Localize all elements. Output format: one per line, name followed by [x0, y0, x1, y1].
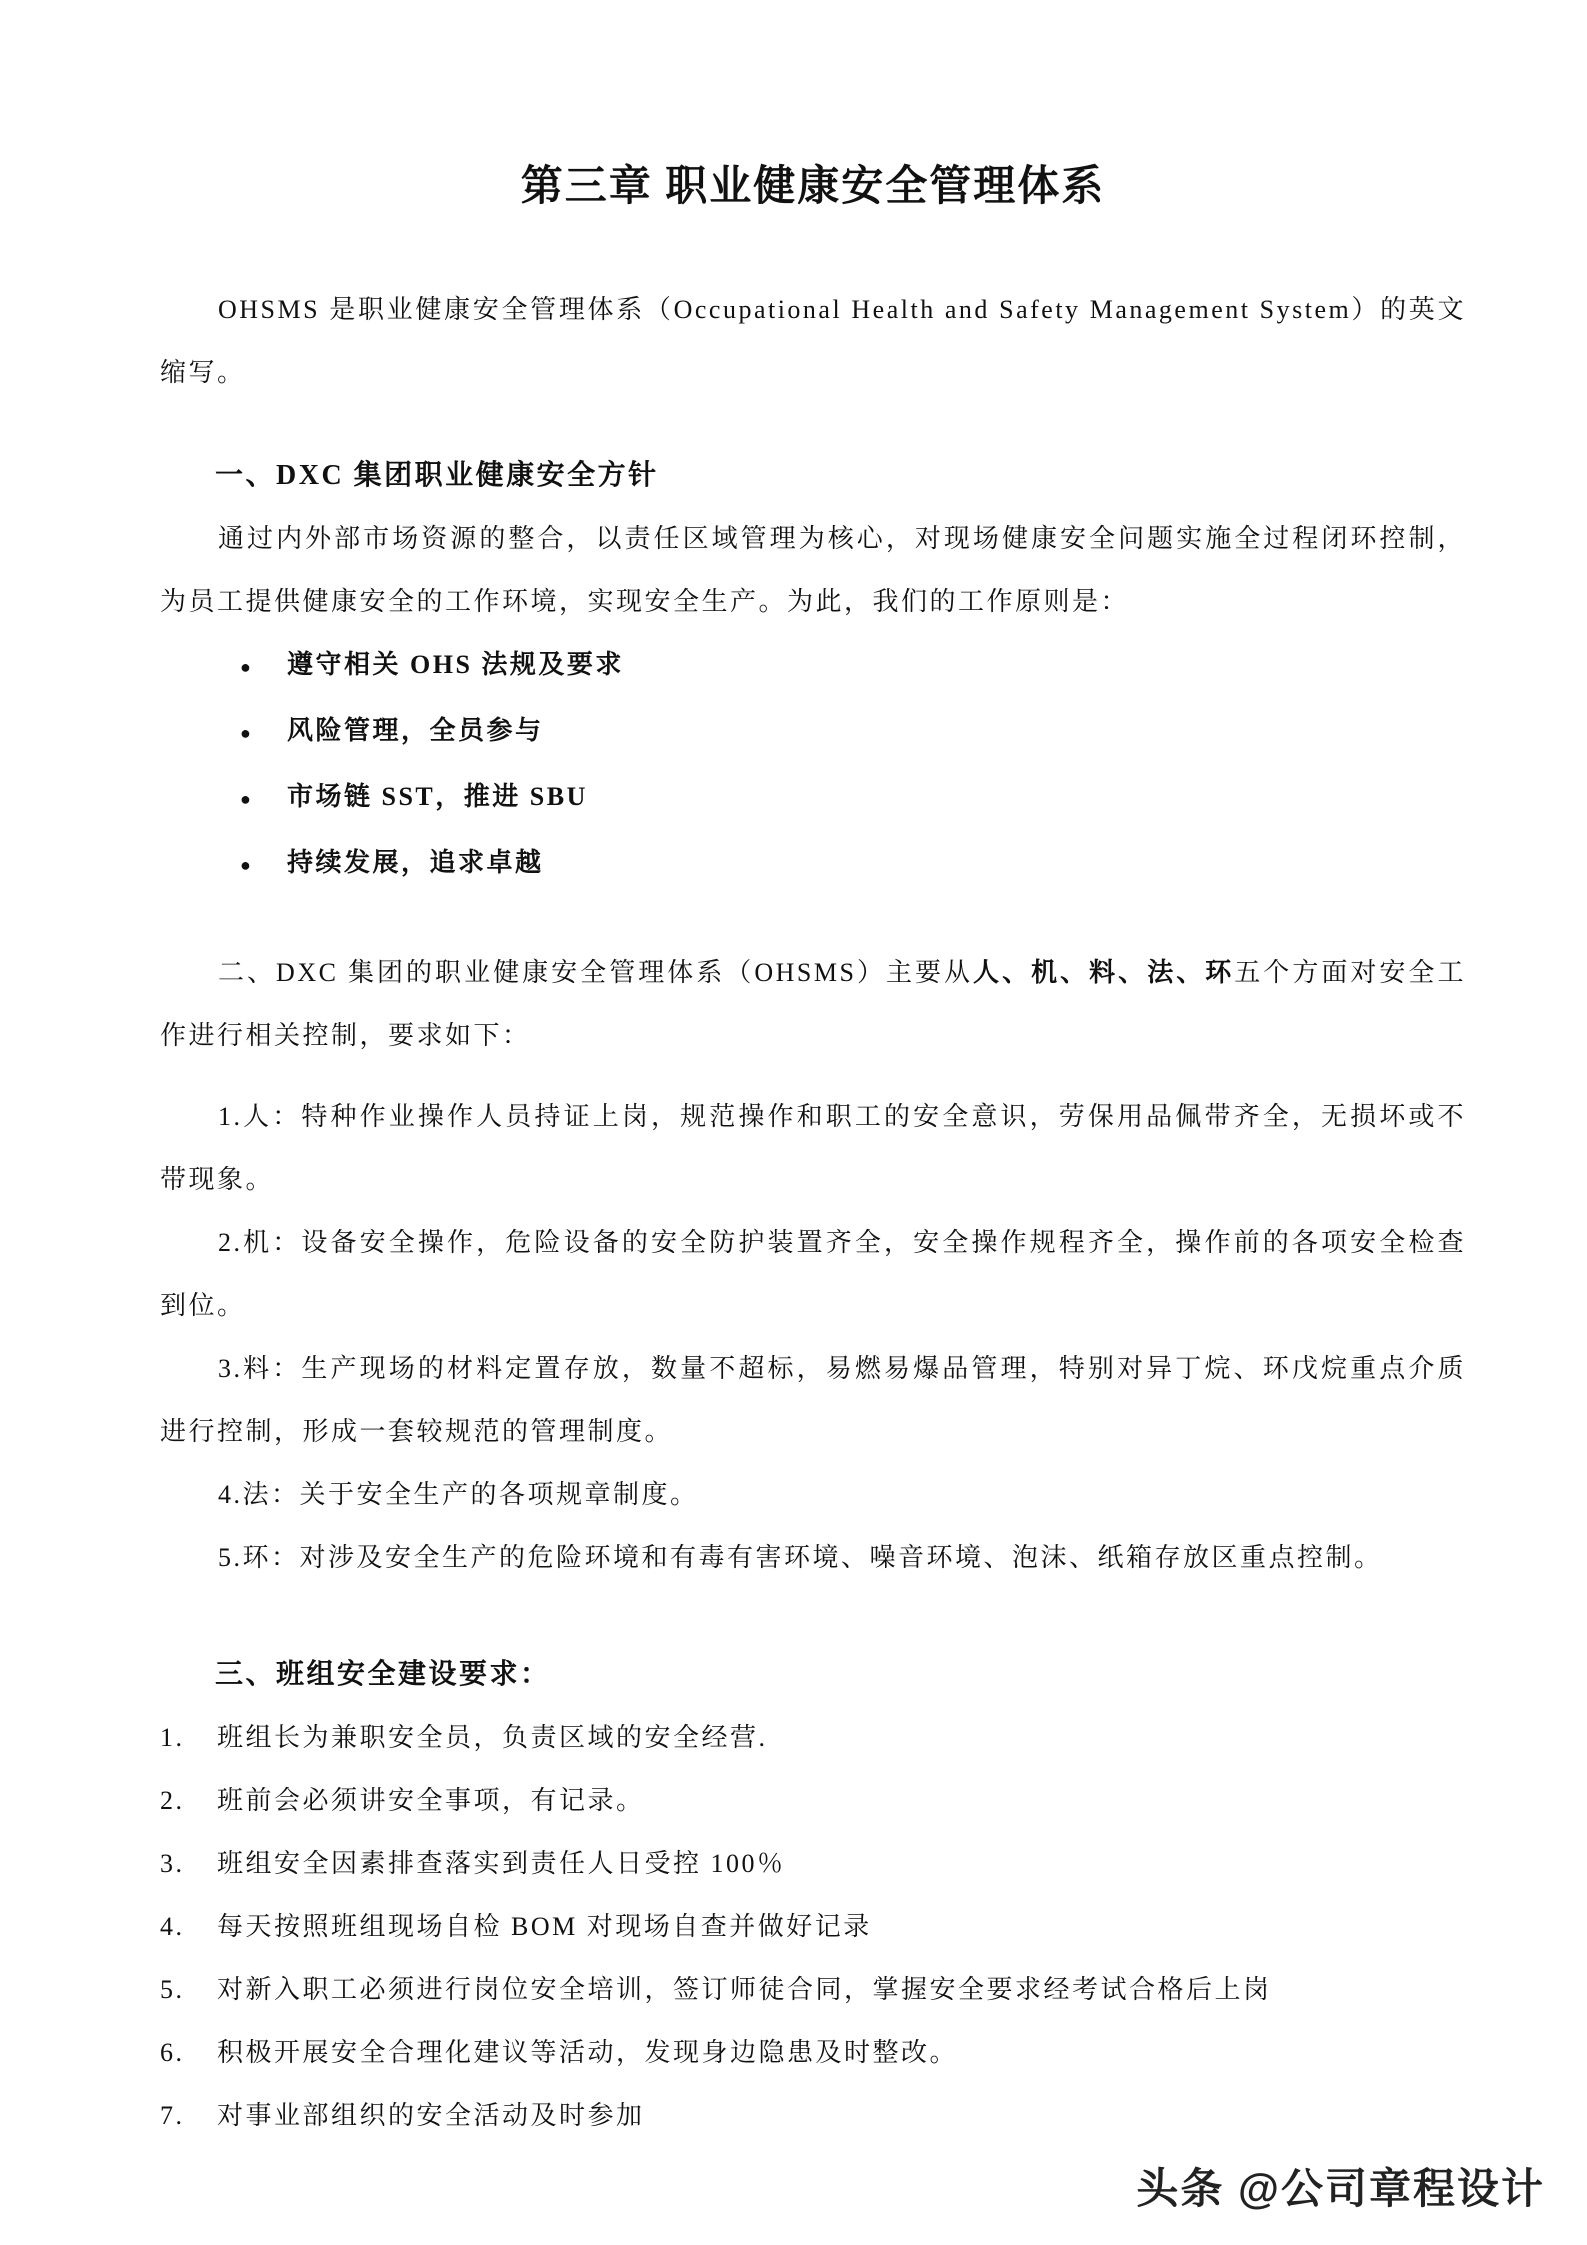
section2-intro-prefix: 二、DXC 集团的职业健康安全管理体系（OHSMS）主要从	[218, 958, 973, 987]
bullet-text: 市场链 SST，推进 SBU	[287, 765, 588, 828]
list-item: 5. 对新入职工必须进行岗位安全培训，签订师徒合同，掌握安全要求经考试合格后上岗	[160, 1958, 1466, 2021]
list-number: 3.	[160, 1832, 217, 1895]
list-text: 对新入职工必须进行岗位安全培训，签订师徒合同，掌握安全要求经考试合格后上岗	[217, 1958, 1466, 2021]
policy-bullet-list: ● 遵守相关 OHS 法规及要求 ● 风险管理，全员参与 ● 市场链 SST，推…	[160, 633, 1466, 897]
list-number: 2.	[160, 1769, 217, 1832]
section1-heading: 一、DXC 集团职业健康安全方针	[215, 444, 1466, 507]
list-item: 3. 班组安全因素排查落实到责任人日受控 100％	[160, 1832, 1466, 1895]
bullet-icon: ●	[240, 702, 287, 765]
list-text: 班组长为兼职安全员，负责区域的安全经营.	[217, 1706, 1466, 1769]
bullet-icon: ●	[240, 768, 287, 831]
section2-item: 2.机：设备安全操作，危险设备的安全防护装置齐全，安全操作规程齐全，操作前的各项…	[160, 1211, 1466, 1337]
section2-item: 3.料：生产现场的材料定置存放，数量不超标，易燃易爆品管理，特别对异丁烷、环戊烷…	[160, 1337, 1466, 1463]
list-number: 4.	[160, 1895, 217, 1958]
section2-item: 1.人：特种作业操作人员持证上岗，规范操作和职工的安全意识，劳保用品佩带齐全，无…	[160, 1085, 1466, 1211]
list-item: ● 风险管理，全员参与	[160, 699, 1466, 765]
section1-paragraph: 通过内外部市场资源的整合，以责任区域管理为核心，对现场健康安全问题实施全过程闭环…	[160, 507, 1466, 633]
list-text: 班组安全因素排查落实到责任人日受控 100％	[217, 1832, 1466, 1895]
list-number: 7.	[160, 2084, 217, 2147]
list-number: 5.	[160, 1958, 217, 2021]
bullet-icon: ●	[240, 834, 287, 897]
list-item: 1. 班组长为兼职安全员，负责区域的安全经营.	[160, 1706, 1466, 1769]
list-item: 6. 积极开展安全合理化建议等活动，发现身边隐患及时整改。	[160, 2021, 1466, 2084]
section2-intro: 二、DXC 集团的职业健康安全管理体系（OHSMS）主要从人、机、料、法、环五个…	[160, 941, 1466, 1067]
list-text: 对事业部组织的安全活动及时参加	[217, 2084, 1466, 2147]
list-text: 每天按照班组现场自检 BOM 对现场自查并做好记录	[217, 1895, 1466, 1958]
intro-paragraph: OHSMS 是职业健康安全管理体系（Occupational Health an…	[160, 278, 1466, 404]
list-item: ● 市场链 SST，推进 SBU	[160, 765, 1466, 831]
list-text: 积极开展安全合理化建议等活动，发现身边隐患及时整改。	[217, 2021, 1466, 2084]
list-text: 班前会必须讲安全事项，有记录。	[217, 1769, 1466, 1832]
section3-heading: 三、班组安全建设要求：	[215, 1643, 1466, 1706]
list-item: 7. 对事业部组织的安全活动及时参加	[160, 2084, 1466, 2147]
bullet-icon: ●	[240, 636, 287, 699]
team-safety-list: 1. 班组长为兼职安全员，负责区域的安全经营. 2. 班前会必须讲安全事项，有记…	[160, 1706, 1466, 2147]
bullet-text: 持续发展，追求卓越	[287, 831, 544, 894]
chapter-title: 第三章 职业健康安全管理体系	[160, 160, 1466, 214]
section2-item: 4.法：关于安全生产的各项规章制度。	[160, 1463, 1466, 1526]
bullet-text: 遵守相关 OHS 法规及要求	[287, 633, 624, 696]
list-item: 2. 班前会必须讲安全事项，有记录。	[160, 1769, 1466, 1832]
list-item: ● 遵守相关 OHS 法规及要求	[160, 633, 1466, 699]
section2-intro-emphasis: 人、机、料、法、环	[973, 958, 1234, 987]
list-item: 4. 每天按照班组现场自检 BOM 对现场自查并做好记录	[160, 1895, 1466, 1958]
list-item: ● 持续发展，追求卓越	[160, 831, 1466, 897]
toutiao-watermark: 头条 @公司章程设计	[1136, 2156, 1545, 2216]
document-page: 第三章 职业健康安全管理体系 OHSMS 是职业健康安全管理体系（Occupat…	[160, 0, 1466, 2147]
list-number: 1.	[160, 1706, 217, 1769]
list-number: 6.	[160, 2021, 217, 2084]
bullet-text: 风险管理，全员参与	[287, 699, 544, 762]
section2-item: 5.环：对涉及安全生产的危险环境和有毒有害环境、噪音环境、泡沫、纸箱存放区重点控…	[160, 1526, 1466, 1589]
